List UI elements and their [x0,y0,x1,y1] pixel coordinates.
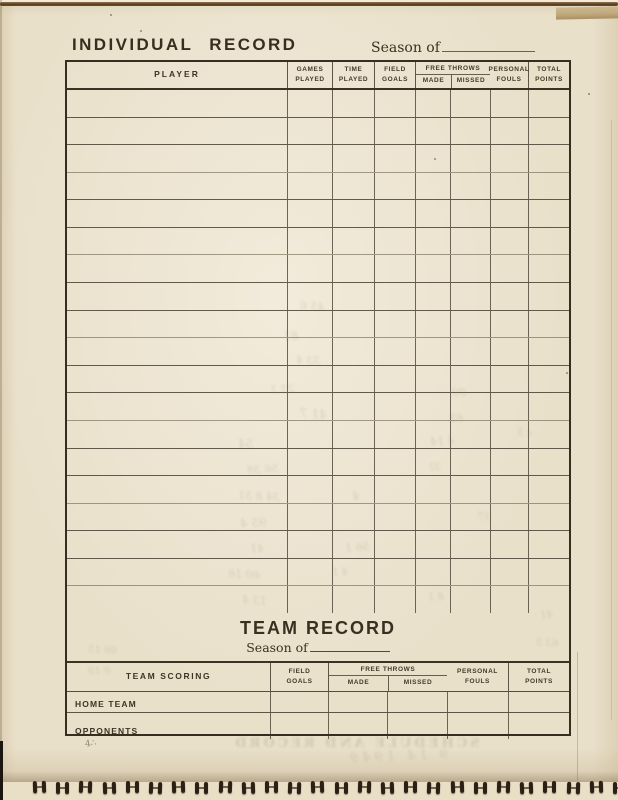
spiral-binding-loop [613,782,618,795]
paper-speck [140,30,142,32]
player-row [67,559,569,587]
stat-cell [287,228,332,255]
stat-cell [415,504,450,531]
column-header-team-scoring: TEAM SCORING [67,663,270,691]
team-season-of-line: Season of [67,640,569,655]
stat-cell [450,393,490,420]
stat-cell [415,449,450,476]
underlying-page-edge [556,6,618,19]
player-row [67,90,569,118]
stat-cell [415,255,450,282]
player-name-cell [67,476,287,503]
stat-cell [387,692,447,712]
stat-cell [490,449,528,476]
team-season-blank-line [310,640,390,652]
stat-cell [374,228,415,255]
stat-cell [270,692,328,712]
stat-cell [387,713,447,739]
player-row [67,255,569,283]
spiral-binding-loop [33,780,47,793]
stat-cell [332,421,374,448]
player-name-cell [67,504,287,531]
stat-cell [287,311,332,338]
individual-table-header: PLAYER GAMES PLAYED TIME PLAYED FIELD GO… [67,62,569,90]
player-name-cell [67,586,287,613]
stat-cell [332,586,374,613]
player-row [67,145,569,173]
stat-cell [332,311,374,338]
stat-cell [287,338,332,365]
spiral-binding-loop [543,781,557,794]
free-throws-label: FREE THROWS [416,62,490,75]
team-season-of-label: Season of [246,640,308,655]
stat-cell [490,200,528,227]
spiral-binding-loop [172,780,186,793]
stat-cell [490,255,528,282]
spiral-binding-loop [242,781,256,794]
team-column-header-field-goals: FIELD GOALS [270,663,328,691]
stat-cell [270,713,328,739]
column-header-total-points: TOTAL POINTS [528,62,569,88]
player-name-cell [67,173,287,200]
player-row [67,200,569,228]
player-name-cell [67,531,287,558]
spiral-binding-loop [126,781,140,794]
stat-cell [450,311,490,338]
spiral-binding-loop [381,781,395,794]
stat-cell [415,90,450,117]
spiral-binding-loop [450,780,464,793]
stat-cell [287,90,332,117]
stat-cell [374,559,415,586]
column-header-player: PLAYER [67,62,287,88]
stat-cell [287,449,332,476]
stat-cell [450,366,490,393]
stat-cell [374,586,415,613]
stat-cell [528,449,569,476]
stat-cell [374,90,415,117]
spiral-binding-loop [218,780,232,793]
stat-cell [490,228,528,255]
player-row [67,393,569,421]
stat-cell [450,228,490,255]
stat-cell [328,692,387,712]
stat-cell [490,476,528,503]
individual-table-body [67,90,569,613]
stat-cell [332,338,374,365]
stat-cell [490,145,528,172]
stat-cell [374,476,415,503]
stat-cell [332,449,374,476]
player-row [67,338,569,366]
stat-cell [332,531,374,558]
stat-cell [287,421,332,448]
stat-cell [287,393,332,420]
stat-cell [528,200,569,227]
stat-cell [490,559,528,586]
team-column-header-free-throws: FREE THROWS MADE MISSED [328,663,447,691]
stat-cell [450,90,490,117]
season-of-line: Season of [371,38,535,56]
player-name-cell [67,311,287,338]
page-title: INDIVIDUALRECORD [72,35,297,55]
stat-cell [528,559,569,586]
team-column-header-personal-fouls: PERSONAL FOULS [447,663,508,691]
stat-cell [415,228,450,255]
stat-cell [415,311,450,338]
stat-cell [287,255,332,282]
paper-speck [434,158,436,160]
stat-cell [450,559,490,586]
spiral-binding [0,780,618,796]
individual-record-table: PLAYER GAMES PLAYED TIME PLAYED FIELD GO… [65,60,571,736]
spiral-binding-loop [335,782,349,795]
team-column-header-missed: MISSED [388,676,447,691]
stat-cell [415,586,450,613]
spiral-binding-loop [404,781,418,794]
player-name-cell [67,559,287,586]
player-name-cell [67,90,287,117]
player-row [67,118,569,146]
stat-cell [332,504,374,531]
opponents-label: OPPONENTS [67,713,270,739]
stat-cell [332,90,374,117]
stat-cell [447,692,508,712]
spiral-binding-loop [79,780,93,793]
player-row [67,504,569,532]
player-name-cell [67,200,287,227]
stat-cell [528,338,569,365]
stat-cell [490,283,528,310]
stat-cell [450,173,490,200]
stat-cell [508,713,569,739]
team-table-header: TEAM SCORING FIELD GOALS FREE THROWS MAD… [67,663,569,692]
spiral-binding-loop [474,782,488,795]
stat-cell [528,366,569,393]
spiral-binding-loop [149,781,163,794]
stat-cell [332,200,374,227]
stat-cell [508,692,569,712]
stat-cell [332,283,374,310]
player-name-cell [67,228,287,255]
stat-cell [332,118,374,145]
column-header-time-played: TIME PLAYED [332,62,374,88]
stat-cell [332,228,374,255]
stat-cell [490,393,528,420]
paper-speck [588,93,590,95]
stat-cell [287,283,332,310]
stat-cell [490,338,528,365]
stat-cell [490,173,528,200]
player-row [67,173,569,201]
stat-cell [332,393,374,420]
stat-cell [374,338,415,365]
spiral-binding-loop [590,780,604,793]
stat-cell [374,200,415,227]
stat-cell [450,476,490,503]
stat-cell [415,338,450,365]
spiral-binding-loop [265,781,279,794]
stat-cell [287,476,332,503]
player-row [67,366,569,394]
player-name-cell [67,255,287,282]
team-row-home: HOME TEAM [67,692,569,713]
column-header-missed: MISSED [451,75,490,88]
stat-cell [450,283,490,310]
spiral-binding-loop [195,782,209,795]
stat-cell [415,366,450,393]
stat-cell [528,476,569,503]
player-name-cell [67,283,287,310]
stat-cell [450,586,490,613]
home-team-label: HOME TEAM [67,692,270,712]
stat-cell [447,713,508,739]
paper-speck [110,14,112,16]
stat-cell [287,145,332,172]
stat-cell [450,531,490,558]
page-top-edge [0,2,618,6]
stat-cell [450,421,490,448]
stat-cell [450,145,490,172]
stat-cell [528,504,569,531]
stat-cell [490,504,528,531]
spiral-binding-loop [288,781,302,794]
spiral-binding-loop [358,780,372,793]
stat-cell [528,283,569,310]
stat-cell [528,255,569,282]
player-row [67,421,569,449]
stat-cell [415,118,450,145]
spiral-binding-loop [102,781,116,794]
team-column-header-total-points: TOTAL POINTS [508,663,569,691]
stat-cell [415,145,450,172]
stat-cell [528,228,569,255]
stat-cell [415,531,450,558]
stat-cell [374,173,415,200]
stat-cell [528,421,569,448]
stat-cell [287,200,332,227]
stat-cell [528,145,569,172]
player-row [67,228,569,256]
player-name-cell [67,366,287,393]
stat-cell [332,476,374,503]
player-name-cell [67,421,287,448]
stat-cell [287,366,332,393]
stat-cell [287,586,332,613]
stat-cell [528,393,569,420]
stat-cell [450,118,490,145]
page-title-word2: RECORD [209,35,297,54]
page-crease [577,652,578,780]
player-name-cell [67,145,287,172]
column-header-field-goals: FIELD GOALS [374,62,415,88]
player-row [67,283,569,311]
stat-cell [490,118,528,145]
player-row [67,531,569,559]
stat-cell [374,145,415,172]
stat-cell [287,504,332,531]
spiral-binding-loop [56,782,70,795]
stat-cell [287,118,332,145]
season-of-label: Season of [371,40,440,56]
stat-cell [332,559,374,586]
season-blank-line [442,38,535,52]
stat-cell [328,713,387,739]
stat-cell [528,531,569,558]
team-row-opponents: OPPONENTS [67,713,569,739]
paper-speck [566,372,568,374]
stat-cell [415,393,450,420]
stat-cell [287,531,332,558]
stat-cell [450,338,490,365]
column-header-games-played: GAMES PLAYED [287,62,332,88]
spiral-binding-loop [520,781,534,794]
team-record-title: TEAM RECORD [67,618,569,639]
player-row [67,586,569,613]
stat-cell [374,311,415,338]
column-header-made: MADE [416,75,451,88]
stat-cell [450,200,490,227]
stat-cell [450,504,490,531]
column-header-personal-fouls: PERSONAL FOULS [490,62,528,88]
team-free-throws-label: FREE THROWS [329,663,447,676]
stat-cell [374,283,415,310]
stat-cell [528,311,569,338]
spiral-binding-loop [566,781,580,794]
stat-cell [490,311,528,338]
stat-cell [490,586,528,613]
stat-cell [528,90,569,117]
stat-cell [415,421,450,448]
stat-cell [287,559,332,586]
spiral-binding-loop [497,780,511,793]
stat-cell [490,531,528,558]
stat-cell [528,173,569,200]
stat-cell [528,586,569,613]
stat-cell [374,421,415,448]
player-row [67,449,569,477]
stat-cell [332,366,374,393]
page-left-edge [0,0,2,782]
stat-cell [415,559,450,586]
team-record-banner: TEAM RECORD Season of [67,618,569,663]
team-column-header-made: MADE [329,676,388,691]
stat-cell [415,476,450,503]
stat-cell [374,118,415,145]
scorebook-page: INDIVIDUALRECORD Season of PLAYER GAMES … [0,0,618,782]
stat-cell [374,504,415,531]
page-right-edge [611,120,612,720]
stat-cell [490,90,528,117]
spiral-binding-loop [427,781,441,794]
stat-cell [415,200,450,227]
stat-cell [374,449,415,476]
player-name-cell [67,118,287,145]
player-row [67,476,569,504]
stat-cell [450,449,490,476]
stat-cell [450,255,490,282]
bleed-through-handwriting: 9 14 1949 [248,748,448,770]
player-name-cell [67,449,287,476]
pencil-mark: 4∴ [84,738,97,749]
stat-cell [332,255,374,282]
stat-cell [374,393,415,420]
player-name-cell [67,338,287,365]
stat-cell [415,173,450,200]
stat-cell [415,283,450,310]
spiral-binding-loop [311,780,325,793]
page-title-word1: INDIVIDUAL [72,35,193,54]
stat-cell [374,255,415,282]
stat-cell [374,366,415,393]
stat-cell [332,145,374,172]
stat-cell [332,173,374,200]
scan-left-dark-edge [0,741,3,800]
stat-cell [490,421,528,448]
player-name-cell [67,393,287,420]
stat-cell [374,531,415,558]
stat-cell [287,173,332,200]
stat-cell [528,118,569,145]
column-header-free-throws: FREE THROWS MADE MISSED [415,62,490,88]
stat-cell [490,366,528,393]
player-row [67,311,569,339]
